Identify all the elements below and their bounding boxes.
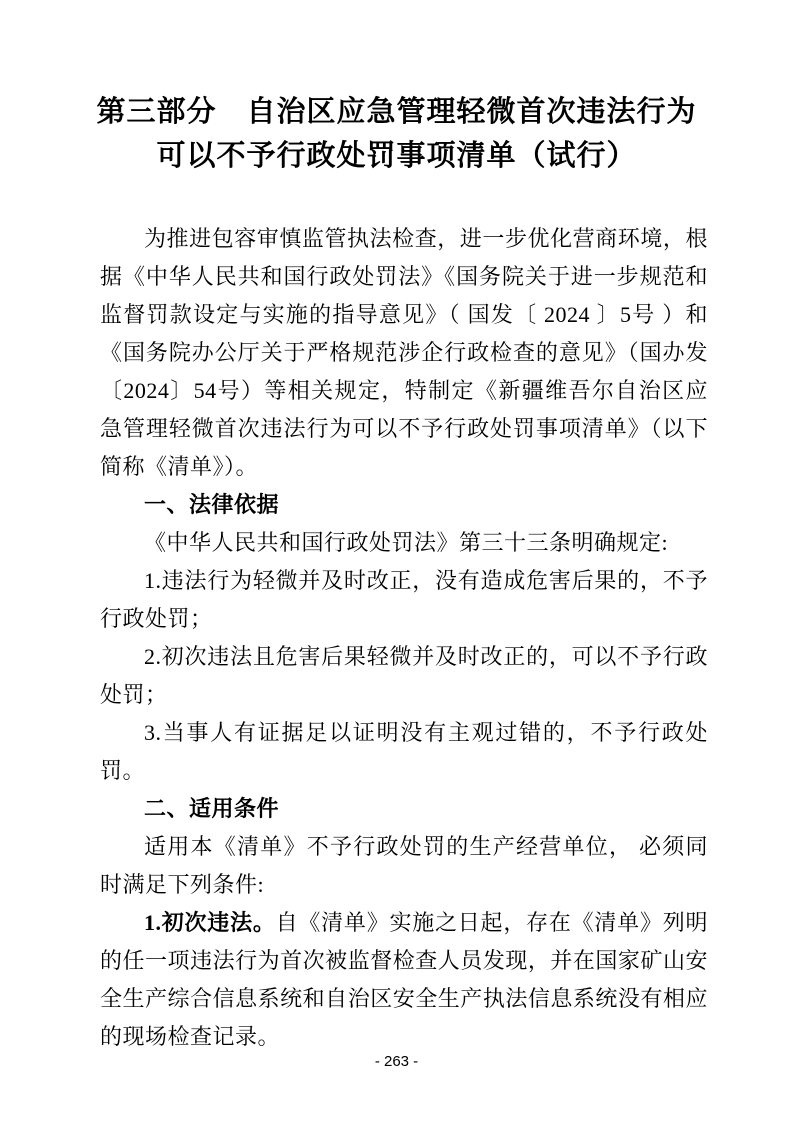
page-number: - 263 - <box>0 1053 793 1070</box>
document-title: 第三部分 自治区应急管理轻微首次违法行为 可以不予行政处罚事项清单（试行） <box>70 90 723 178</box>
section2-item-1: 1.初次违法。自《清单》实施之日起，存在《清单》列明的任一项违法行为首次被监督检… <box>100 904 708 1056</box>
document-page: 第三部分 自治区应急管理轻微首次违法行为 可以不予行政处罚事项清单（试行） 为推… <box>0 0 793 1122</box>
document-title-line1: 第三部分 自治区应急管理轻微首次违法行为 <box>70 90 723 134</box>
section1-item-3: 3.当事人有证据足以证明没有主观过错的，不予行政处罚。 <box>100 714 708 790</box>
intro-paragraph: 为推进包容审慎监管执法检查，进一步优化营商环境，根据《中华人民共和国行政处罚法》… <box>100 220 708 486</box>
section2-heading: 二、适用条件 <box>100 790 708 828</box>
section1-heading: 一、法律依据 <box>100 486 708 524</box>
section2-item-1-lead: 1.初次违法。 <box>144 910 276 935</box>
document-title-line2: 可以不予行政处罚事项清单（试行） <box>70 134 723 178</box>
section1-lead: 《中华人民共和国行政处罚法》第三十三条明确规定: <box>100 524 708 562</box>
section2-lead: 适用本《清单》不予行政处罚的生产经营单位， 必须同时满足下列条件: <box>100 828 708 904</box>
document-body: 为推进包容审慎监管执法检查，进一步优化营商环境，根据《中华人民共和国行政处罚法》… <box>100 220 708 1056</box>
section1-item-2: 2.初次违法且危害后果轻微并及时改正的，可以不予行政处罚； <box>100 638 708 714</box>
section1-item-1: 1.违法行为轻微并及时改正，没有造成危害后果的，不予行政处罚； <box>100 562 708 638</box>
